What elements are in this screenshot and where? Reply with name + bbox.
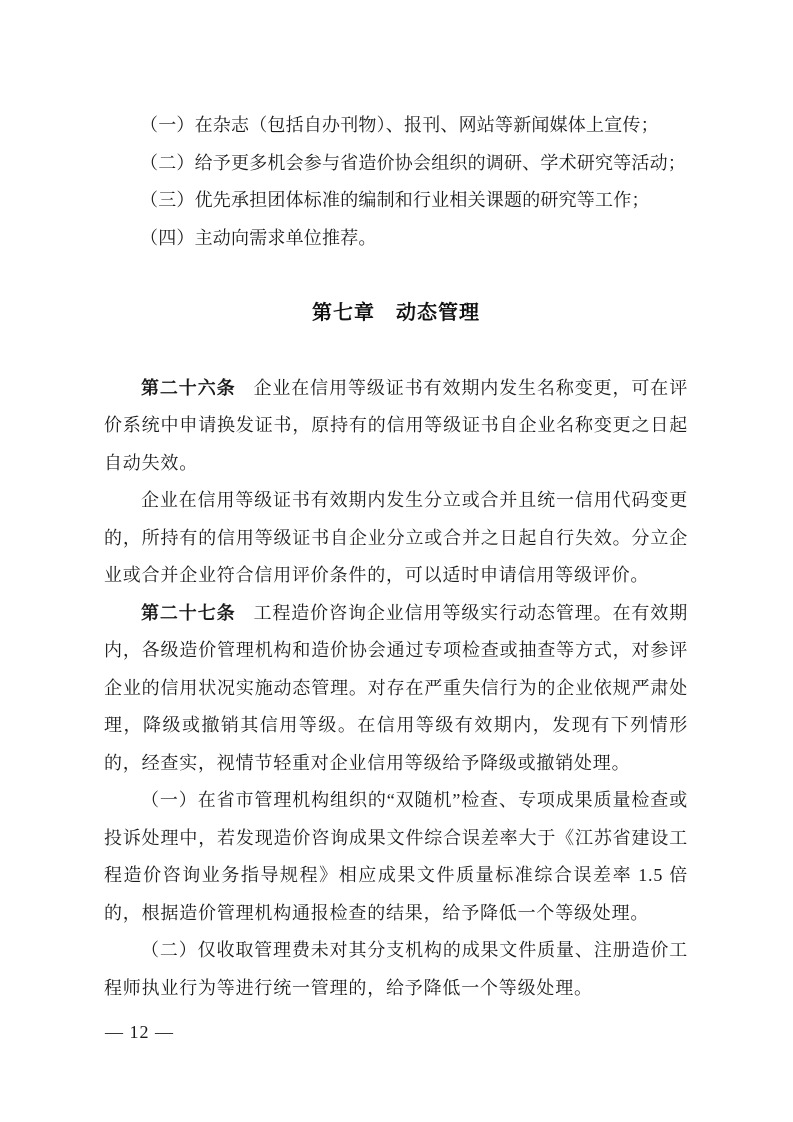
- article-26-paragraph: 第二十六条企业在信用等级证书有效期内发生名称变更，可在评价系统中申请换发证书，原…: [104, 370, 688, 483]
- document-body: （一）在杂志（包括自办刊物）、报刊、网站等新闻媒体上宣传； （二）给予更多机会参…: [104, 107, 688, 1007]
- article-26-number: 第二十六条: [141, 378, 235, 398]
- article-27-text: 工程造价咨询企业信用等级实行动态管理。在有效期内，各级造价管理机构和造价协会通过…: [104, 603, 688, 773]
- document-page: （一）在杂志（包括自办刊物）、报刊、网站等新闻媒体上宣传； （二）给予更多机会参…: [0, 0, 793, 1122]
- list-item-1: （一）在杂志（包括自办刊物）、报刊、网站等新闻媒体上宣传；: [104, 107, 688, 145]
- list-item-3: （三）优先承担团体标准的编制和行业相关课题的研究等工作；: [104, 182, 688, 220]
- article-26-paragraph-2: 企业在信用等级证书有效期内发生分立或合并且统一信用代码变更的，所持有的信用等级证…: [104, 482, 688, 595]
- article-27-clause-1: （一）在省市管理机构组织的“双随机”检查、专项成果质量检查或投诉处理中，若发现造…: [104, 782, 688, 932]
- article-27-number: 第二十七条: [141, 603, 235, 623]
- list-item-4: （四）主动向需求单位推荐。: [104, 220, 688, 258]
- list-item-2: （二）给予更多机会参与省造价协会组织的调研、学术研究等活动；: [104, 145, 688, 183]
- article-27-paragraph: 第二十七条工程造价咨询企业信用等级实行动态管理。在有效期内，各级造价管理机构和造…: [104, 595, 688, 783]
- article-27-clause-2: （二）仅收取管理费未对其分支机构的成果文件质量、注册造价工程师执业行为等进行统一…: [104, 932, 688, 1007]
- chapter-heading: 第七章 动态管理: [104, 257, 688, 370]
- page-footer: — 12 —: [105, 1022, 174, 1042]
- page-number: — 12 —: [105, 1022, 174, 1042]
